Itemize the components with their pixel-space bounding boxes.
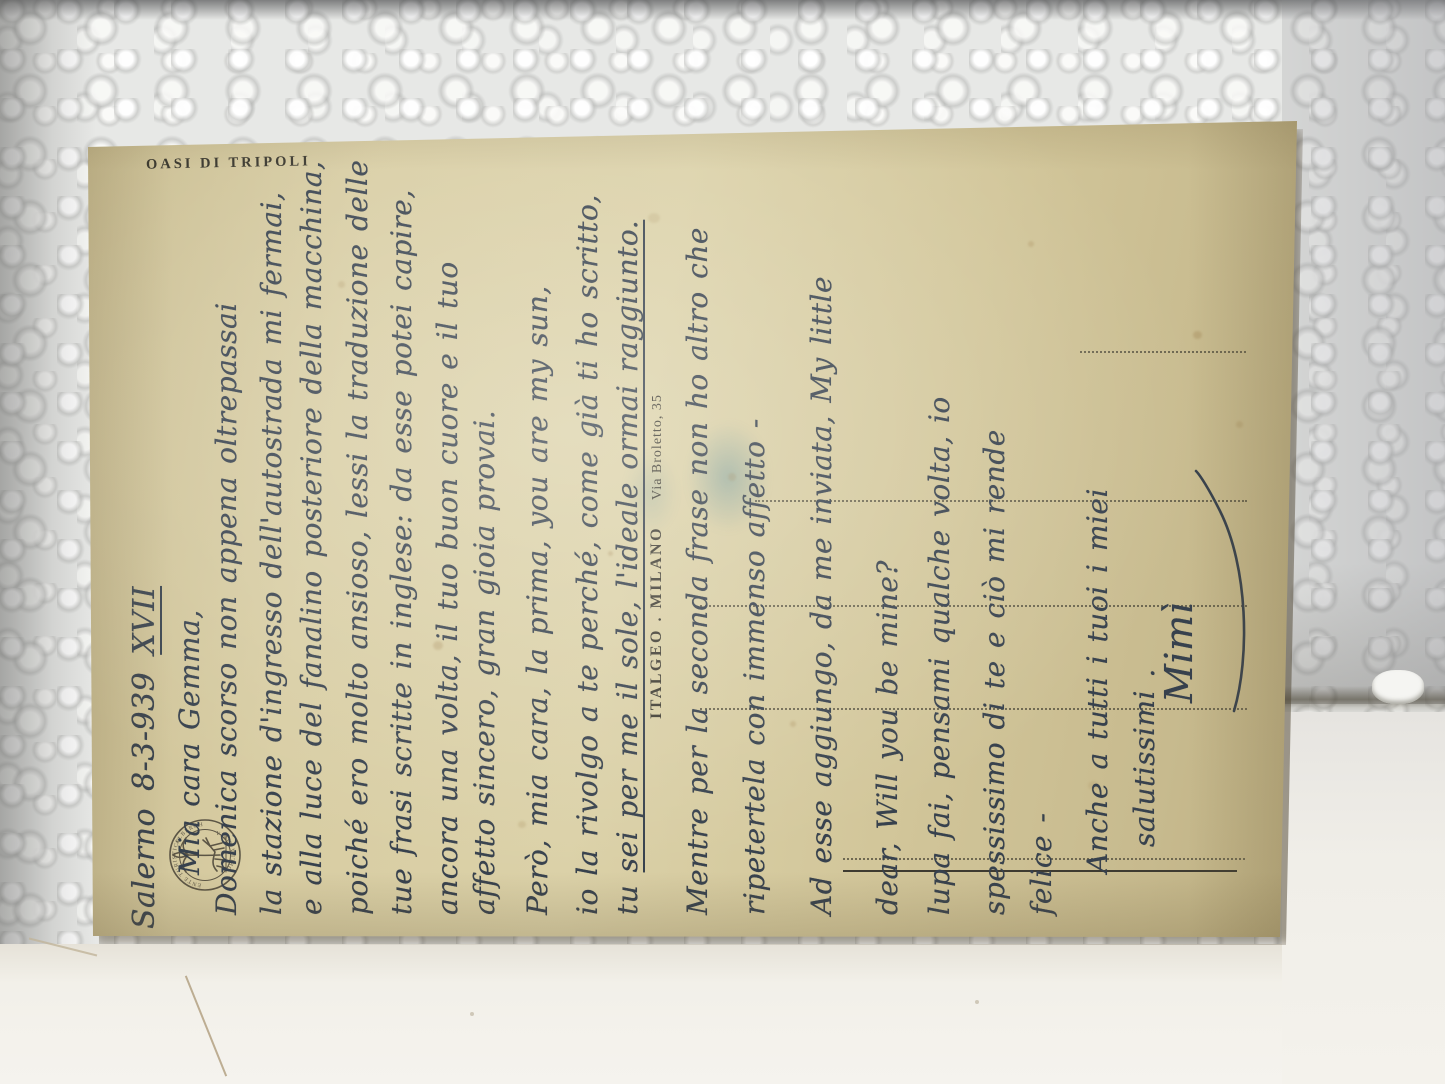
table-surface-right [1282,712,1445,1084]
line-plain-part: tu [611,872,644,915]
date-text: Salerno 8-3-939 [127,655,162,929]
handwriting-line: affetto sincero, gran gioia provai. [470,410,500,915]
handwriting-line: felice - [1027,813,1057,915]
right-styrofoam-shadow [1282,0,1445,704]
dust-speck [975,1000,979,1004]
handwriting-salutation: Mia cara Gemma, [175,609,205,875]
postcard-photo: OASI DI TRIPOLI ENTE [0,0,1445,1084]
handwriting-line: Domenica scorso non appena oltrepassai [212,302,242,915]
postcard: OASI DI TRIPOLI ENTE [88,121,1297,937]
handwriting-closing-line: Anche a tutti i tuoi i miei [1083,488,1113,873]
handwriting-line: dear, Will you be mine? [873,560,903,915]
handwriting-line: ripetertela con immenso affetto - [740,418,770,915]
handwriting-line: lupa fai, pensami qualche volta, io [925,396,955,915]
handwriting-line: io la rivolgo a te perché, come già ti h… [573,194,603,915]
table-surface [0,944,1302,1084]
handwriting-line: e alla luce del fanalino posteriore dell… [297,161,327,915]
handwriting-line: Però, mia cara, la prima, you are my sun… [523,285,553,915]
handwriting-date-line: Salerno 8-3-939 XVII [130,586,160,929]
handwriting-line: ancora una volta, il tuo buon cuore e il… [433,261,463,915]
handwriting-line: tue frasi scritte in inglese: da esse po… [387,189,417,915]
handwriting-line: Mentre per la seconda frase non ho altro… [683,227,713,915]
top-shadow [0,0,1445,20]
publisher-credit: ITALGEO . MILANOVia Broletto, 35 [648,394,666,719]
handwriting-line-underlined: tu sei per me il sole, l'ideale ormai ra… [613,220,643,915]
styrofoam-chip [1372,670,1424,704]
handwriting-line: spessissimo di te e ciò mi rende [980,429,1010,915]
handwriting-line: la stazione d'ingresso dell'autostrada m… [257,192,287,915]
dust-speck [470,1012,474,1016]
signature-flourish [1190,467,1246,717]
signature: Mimì [1164,602,1194,703]
handwriting-line: Ad esse aggiungo, da me inviata, My litt… [807,276,837,915]
handwriting-closing-line: salutissimi . [1130,668,1160,847]
line-underlined-part: sei per me il sole, l'ideale ormai raggi… [611,220,644,873]
date-era: XVII [127,586,162,655]
handwriting-line: poiché ero molto ansioso, lessi la tradu… [343,160,373,915]
handwriting-block: Salerno 8-3-939 XVII Mia cara Gemma, Dom… [92,120,1301,935]
publisher-name: ITALGEO . MILANO [648,526,665,719]
publisher-address: Via Broletto, 35 [650,394,665,500]
left-shadow [0,0,96,944]
